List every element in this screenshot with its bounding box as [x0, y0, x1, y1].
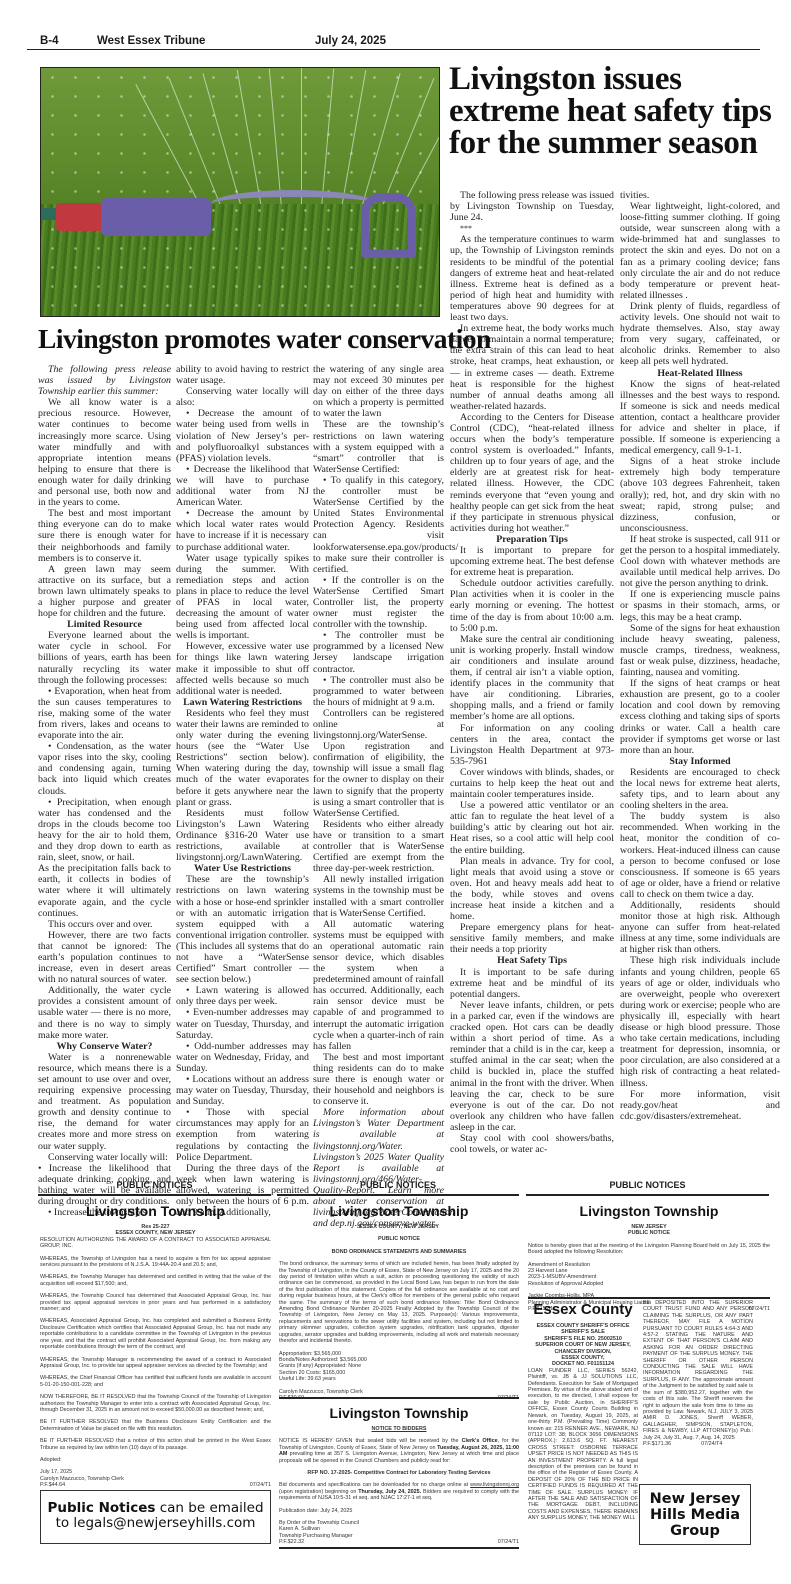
subhead-heat-safety-tips: Heat Safety Tips	[450, 955, 614, 966]
page-number: B-4	[40, 35, 59, 47]
notice-sheriff-sale: Essex County ESSEX COUNTY SHERIFF'S OFFI…	[528, 1297, 638, 1522]
water-article-col1: The following press release was issued b…	[38, 364, 171, 1218]
sprinkler-body	[101, 198, 211, 236]
page-header: B-4 West Essex Tribune July 24, 2025	[27, 32, 760, 50]
subhead-water-use-restrictions: Water Use Restrictions	[176, 863, 309, 874]
sprinkler-stand	[361, 193, 416, 258]
sprinkler-arm	[211, 190, 376, 218]
divider	[279, 1547, 519, 1549]
issue-date: July 24, 2025	[315, 35, 386, 47]
email-notices-box: Public Notices can be emailed to legals@…	[40, 1490, 271, 1544]
water-article-col3: the watering of any single area may not …	[313, 364, 444, 1229]
heat-article-headline: Livingston issues extreme heat safety ti…	[449, 63, 779, 159]
public-notices-label-2: PUBLIC NOTICES	[277, 1180, 519, 1196]
heat-article-col2: tivities. Wear lightweight, light-colore…	[620, 190, 780, 1122]
subhead-preparation-tips: Preparation Tips	[450, 534, 614, 545]
subhead-lawn-watering: Lawn Watering Restrictions	[176, 697, 309, 708]
notice-title: Livingston Township	[528, 1202, 770, 1220]
notice-bond-ordinance: Livingston Township ESSEX COUNTY, NEW JE…	[279, 1198, 519, 1401]
subhead-stay-informed: Stay Informed	[620, 756, 780, 767]
notice-resolution-appraisal: Livingston Township Res 25-227 ESSEX COU…	[40, 1198, 271, 1489]
newspaper-name: West Essex Tribune	[97, 35, 205, 47]
divider	[279, 1397, 519, 1399]
public-notices-label-1: PUBLIC NOTICES	[38, 1180, 271, 1196]
notice-title: Livingston Township	[40, 1202, 271, 1220]
notice-title: Essex County	[528, 1301, 638, 1319]
public-notices-label-3: PUBLIC NOTICES	[526, 1180, 769, 1196]
garden-hose	[41, 208, 56, 220]
notice-title: Livingston Township	[279, 1202, 519, 1220]
subhead-limited-resource: Limited Resource	[38, 619, 171, 630]
notice-sheriff-sale-cont: BE DEPOSITED INTO THE SUPERIOR COURT TRU…	[643, 1300, 753, 1447]
subhead-why-conserve: Why Conserve Water?	[38, 1041, 171, 1052]
water-article-col2: ability to avoid having to restrict wate…	[176, 364, 309, 1218]
notice-to-bidders: Livingston Township NOTICE TO BIDDERS NO…	[279, 1400, 519, 1546]
press-release-intro: The following press release was issued b…	[38, 364, 171, 397]
sprinkler-photo	[40, 67, 440, 317]
water-article-headline: Livingston promotes water conservation	[38, 324, 448, 354]
livingston-website-link[interactable]: www.livingstonnj.org	[470, 1482, 519, 1488]
subhead-heat-related-illness: Heat-Related Illness	[620, 368, 780, 379]
notice-title: Livingston Township	[279, 1404, 519, 1422]
notice-planning-board: Livingston Township NEW JERSEY PUBLIC NO…	[528, 1198, 770, 1312]
nj-hills-media-logo: New Jersey Hills Media Group	[639, 1484, 751, 1545]
